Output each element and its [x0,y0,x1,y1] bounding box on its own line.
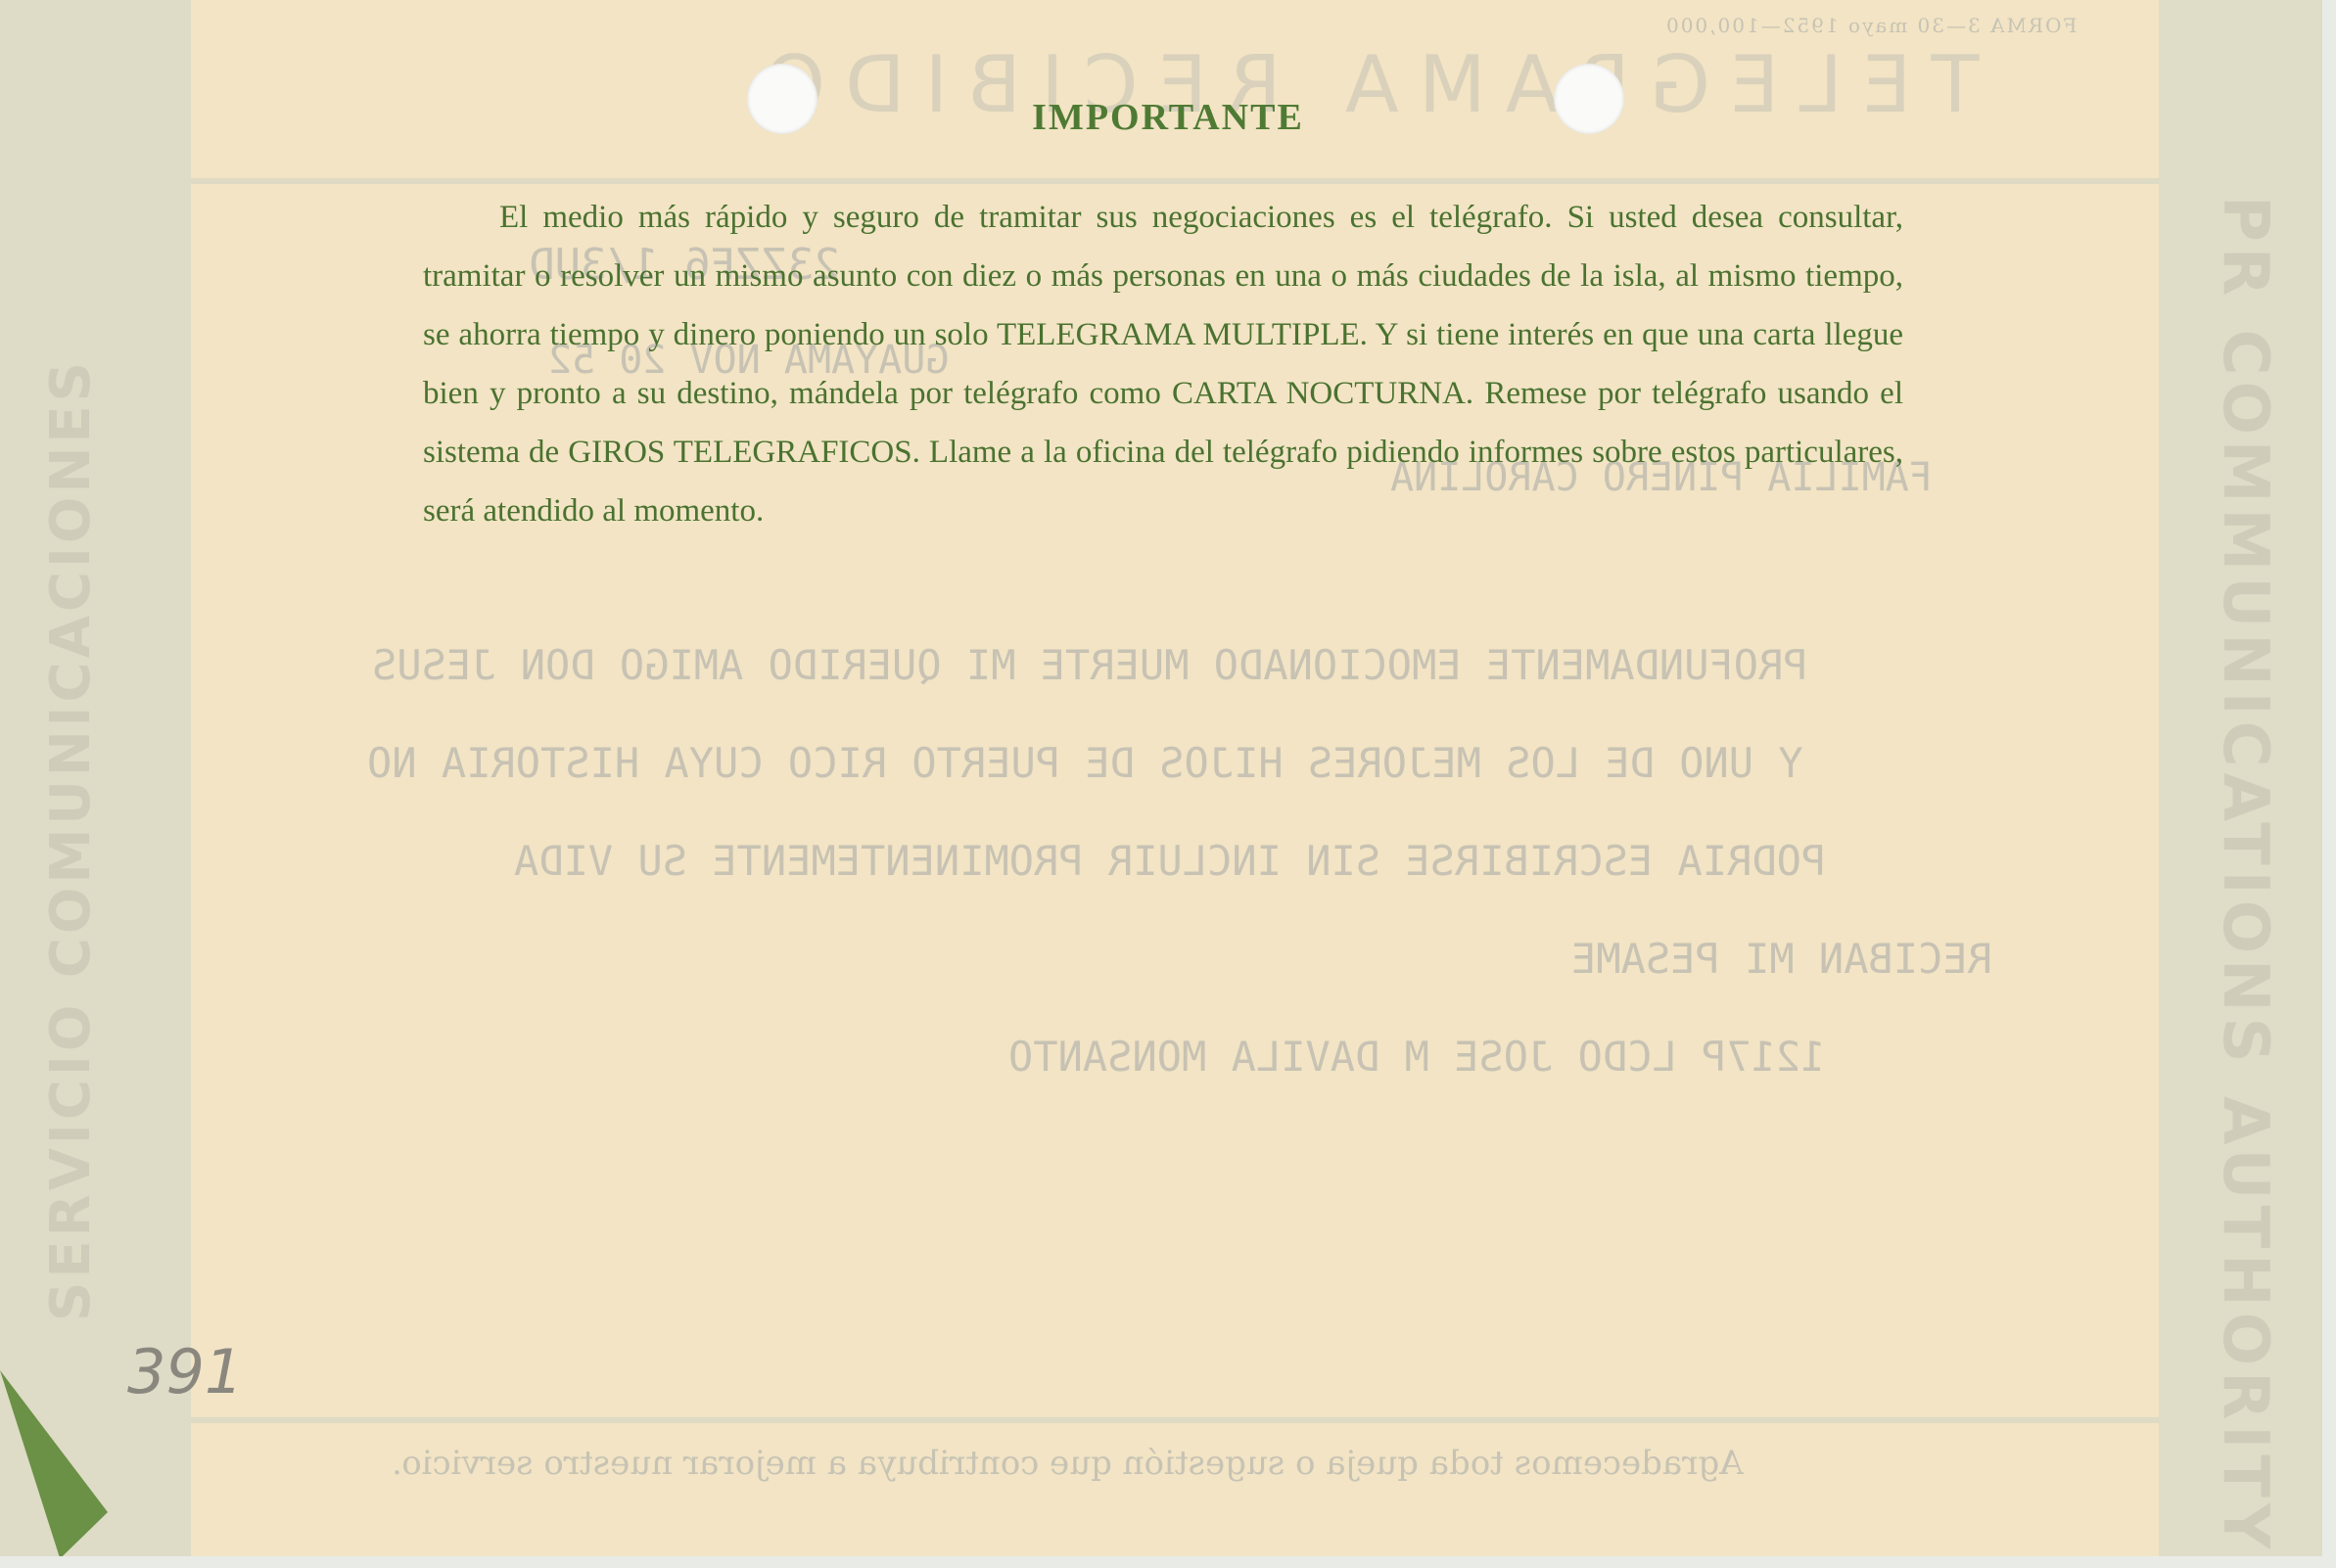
page-title: IMPORTANTE [0,96,2336,139]
show-through-line-4: RECIBAN MI PESAME [1571,935,1992,983]
show-through-signature: 1217P LCDO JOSE M DAVILA MONSANTO [1008,1033,1825,1081]
notice-text: El medio más rápido y seguro de tramitar… [423,188,1903,540]
show-through-line-3: PODRIA ESCRIBIRSE SIN INCLUIR PROMINENTE… [514,837,1826,885]
show-through-side-left: SERVICIO COMUNICACIONES [39,358,103,1321]
show-through-line-2: Y UNO DE LOS MEJORES HIJOS DE PUERTO RIC… [367,739,1803,787]
notice-paragraph: El medio más rápido y seguro de tramitar… [423,188,1903,540]
top-rule [191,178,2159,184]
handwritten-number: 391 [127,1336,243,1407]
show-through-line-1: PROFUNDAMENTE EMOCIONADO MUERTE MI QUERI… [372,641,1808,689]
show-through-form-number: FORMA 3—30 mayo 1952—100,000 [1664,14,2077,37]
show-through-footer: Agradecemos toda queja o sugestión que c… [392,1444,1744,1483]
show-through-side-right: PR COMMUNICATIONS AUTHORITY [2209,196,2281,1554]
bottom-rule [191,1417,2159,1423]
telegram-paper: FORMA 3—30 mayo 1952—100,000 TELEGRAMA R… [0,0,2322,1556]
